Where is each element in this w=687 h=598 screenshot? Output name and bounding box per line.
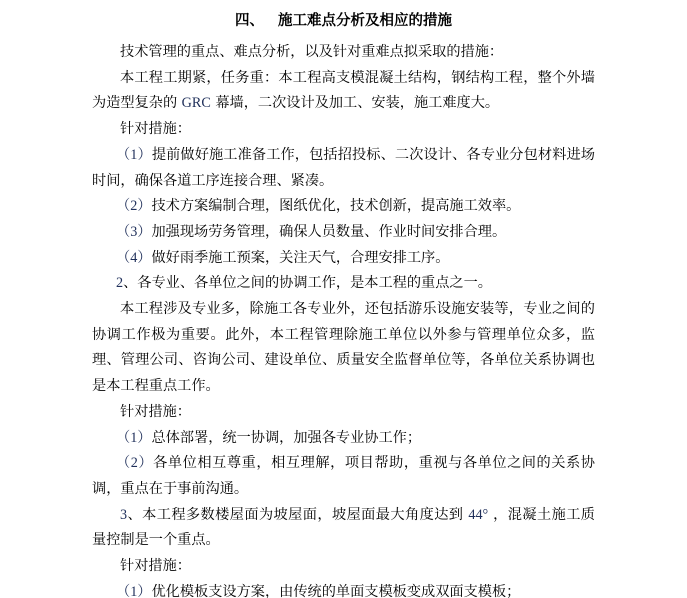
list-item-text: 提前做好施工准备工作，包括招投标、二次设计、各专业分包材料进场时间，确保各道工序… xyxy=(92,147,595,189)
list-item-text: 做好雨季施工预案，关注天气，合理安排工序。 xyxy=(151,250,449,266)
list-marker: （4） xyxy=(116,250,151,266)
paragraph-measures-label: 针对措施： xyxy=(92,554,595,580)
document-body: 技术管理的重点、难点分析，以及针对重难点拟采取的措施： 本工程工期紧，任务重：本… xyxy=(92,40,595,598)
paragraph-measures-label: 针对措施： xyxy=(92,117,595,143)
paragraph-text: 本工程涉及专业多，除施工各专业外，还包括游乐设施安装等，专业之间的协调工作极为重… xyxy=(92,301,595,394)
paragraph-text: 针对措施： xyxy=(120,558,191,574)
list-marker: （1） xyxy=(116,584,151,598)
section-number: 四、 xyxy=(235,13,264,29)
latin-term: GRC xyxy=(182,95,211,111)
list-item-text: 技术方案编制合理，图纸优化，技术创新，提高施工效率。 xyxy=(151,198,520,214)
list-marker: （2） xyxy=(116,198,151,214)
list-item-measure: （1）优化模板支设方案，由传统的单面支模板变成双面支模板； xyxy=(92,580,595,598)
list-marker: （1） xyxy=(116,147,152,163)
paragraph-difficulty-2: 2、各专业、各单位之间的协调工作，是本工程的重点之一。 xyxy=(92,271,595,297)
section-title: 施工难点分析及相应的措施 xyxy=(278,13,452,29)
list-item-measure: （3）加强现场劳务管理，确保人员数量、作业时间安排合理。 xyxy=(92,220,595,246)
paragraph-text: 针对措施： xyxy=(120,404,191,420)
list-marker: （2） xyxy=(116,455,153,471)
paragraph-difficulty-3: 3、本工程多数楼屋面为坡屋面，坡屋面最大角度达到 44° ，混凝土施工质量控制是… xyxy=(92,503,595,554)
list-item-text: 加强现场劳务管理，确保人员数量、作业时间安排合理。 xyxy=(151,224,506,240)
list-item-measure: （2）各单位相互尊重，相互理解，项目帮助，重视与各单位之间的关系协调，重点在于事… xyxy=(92,451,595,502)
section-heading: 四、施工难点分析及相应的措施 xyxy=(92,9,595,30)
list-item-text: 总体部署，统一协调，加强各专业协工作； xyxy=(151,430,421,446)
paragraph-text: 、各专业、各单位之间的协调工作，是本工程的重点之一。 xyxy=(123,275,492,291)
list-item-measure: （4）做好雨季施工预案，关注天气，合理安排工序。 xyxy=(92,246,595,272)
angle-value: 44° xyxy=(468,507,488,523)
paragraph-text: 针对措施： xyxy=(120,121,191,137)
paragraph-text: 幕墙，二次设计及加工、安装，施工难度大。 xyxy=(215,95,499,111)
paragraph-coordination: 本工程涉及专业多，除施工各专业外，还包括游乐设施安装等，专业之间的协调工作极为重… xyxy=(92,297,595,400)
list-item-measure: （1）提前做好施工准备工作，包括招投标、二次设计、各专业分包材料进场时间，确保各… xyxy=(92,143,595,194)
list-marker: （1） xyxy=(116,430,151,446)
list-item-measure: （2）技术方案编制合理，图纸优化，技术创新，提高施工效率。 xyxy=(92,194,595,220)
paragraph-text: 技术管理的重点、难点分析，以及针对重难点拟采取的措施： xyxy=(120,44,503,60)
paragraph-intro: 技术管理的重点、难点分析，以及针对重难点拟采取的措施： xyxy=(92,40,595,66)
paragraph-measures-label: 针对措施： xyxy=(92,400,595,426)
list-item-text: 各单位相互尊重，相互理解，项目帮助，重视与各单位之间的关系协调，重点在于事前沟通… xyxy=(92,455,595,497)
paragraph-difficulty-1: 本工程工期紧，任务重：本工程高支模混凝土结构，钢结构工程，整个外墙为造型复杂的 … xyxy=(92,66,595,117)
paragraph-text: 、本工程多数楼屋面为坡屋面，坡屋面最大角度达到 xyxy=(127,507,463,523)
list-item-measure: （1）总体部署，统一协调，加强各专业协工作； xyxy=(92,426,595,452)
list-marker: （3） xyxy=(116,224,151,240)
list-item-text: 优化模板支设方案，由传统的单面支模板变成双面支模板； xyxy=(151,584,520,598)
